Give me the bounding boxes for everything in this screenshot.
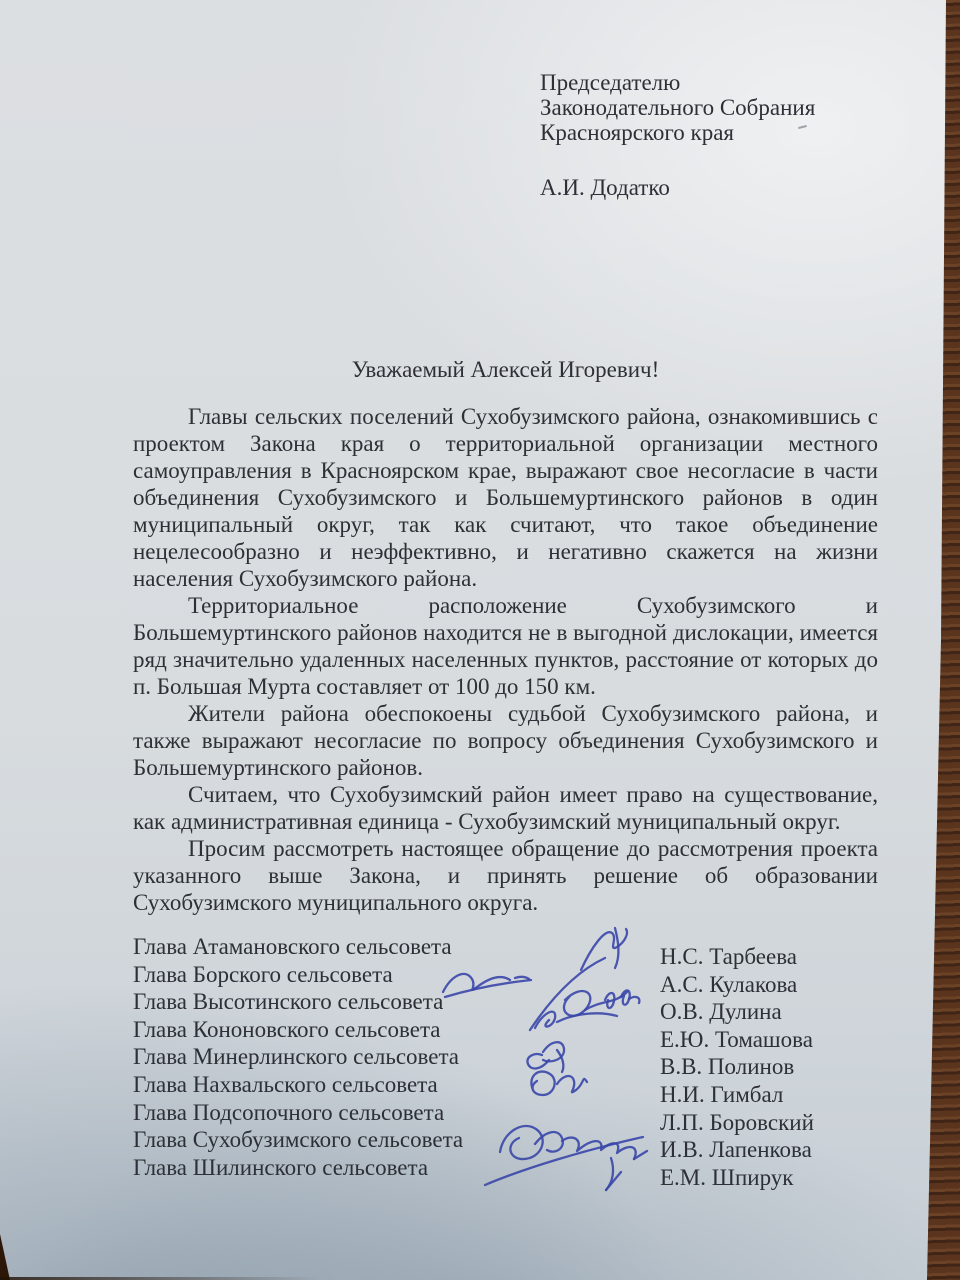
signatory-title: Глава Атамановского сельсовета	[133, 934, 660, 960]
letter-paragraph: Территориальное расположение Сухобузимск…	[133, 592, 878, 700]
signatory-title: Глава Нахвальского сельсовета	[133, 1072, 660, 1098]
signatory-title: Глава Минерлинского сельсовета	[133, 1044, 660, 1070]
signatory-title: Глава Высотинского сельсовета	[133, 989, 660, 1015]
signatory-name: Н.И. Гимбал	[660, 1082, 783, 1108]
letter-paragraph: Считаем, что Сухобузимский район имеет п…	[133, 781, 878, 835]
salutation: Уважаемый Алексей Игоревич!	[133, 356, 878, 383]
signatory-name: А.С. Кулакова	[660, 972, 797, 998]
signatory-title: Глава Сухобузимского сельсовета	[133, 1127, 660, 1153]
recipient-block: Председателю Законодательного Собрания К…	[540, 70, 815, 200]
letter-paragraph: Главы сельских поселений Сухобузимского …	[133, 403, 878, 592]
signatory-name: Л.П. Боровский	[660, 1110, 814, 1136]
recipient-line: Законодательного Собрания	[540, 95, 815, 120]
signatory-name: Н.С. Тарбеева	[660, 944, 797, 970]
letter-body: Уважаемый Алексей Игоревич! Главы сельск…	[133, 356, 878, 916]
signatory-name: О.В. Дулина	[660, 999, 782, 1025]
signatory-name: В.В. Полинов	[660, 1054, 794, 1080]
signatory-title: Глава Борского сельсовета	[133, 962, 660, 988]
signatory-row: Глава Атамановского сельсовета Н.С. Тарб…	[133, 934, 878, 962]
signatory-name: И.В. Лапенкова	[660, 1137, 812, 1163]
scanned-letter-photo: { "document": { "recipient": { "lines": …	[0, 0, 960, 1280]
signatory-name: Е.Ю. Томашова	[660, 1027, 813, 1053]
signatory-title: Глава Кононовского сельсовета	[133, 1017, 660, 1043]
signatory-title: Глава Подсопочного сельсовета	[133, 1100, 660, 1126]
recipient-line: Красноярского края	[540, 120, 815, 145]
letter-paragraph: Просим рассмотреть настоящее обращение д…	[133, 835, 878, 916]
recipient-line: Председателю	[540, 70, 815, 95]
signatory-name: Е.М. Шпирук	[660, 1165, 793, 1191]
signatories-list: Глава Атамановского сельсовета Н.С. Тарб…	[133, 934, 878, 1182]
recipient-person: А.И. Додатко	[540, 175, 815, 200]
signatory-title: Глава Шилинского сельсовета	[133, 1155, 660, 1181]
letter-paragraph: Жители района обеспокоены судьбой Сухобу…	[133, 700, 878, 781]
